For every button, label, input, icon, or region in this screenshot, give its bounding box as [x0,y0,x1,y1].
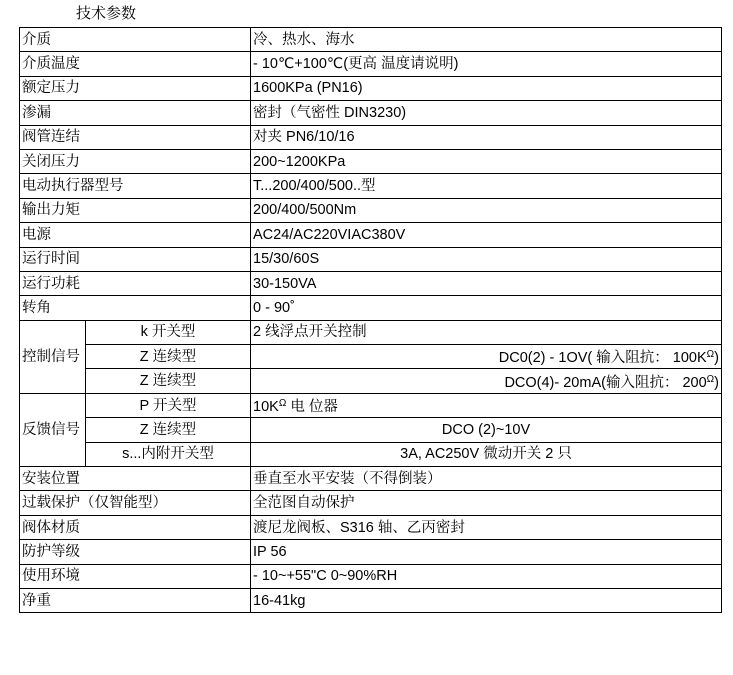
param-value: 1600KPa (PN16) [251,76,722,100]
control-signal-label: 控制信号 [20,320,86,393]
table-row: 安装位置 垂直至水平安装（不得倒装） [20,467,722,491]
spec-table: 介质 冷、热水、海水 介质温度 - 10℃+100℃(更高 温度请说明) 额定压… [19,27,722,613]
table-row: 转角 0 - 90˚ [20,296,722,320]
signal-value: DCO(4)- 20mA(输入阻抗： 200Ω) [251,369,722,393]
table-row: 控制信号 k 开关型 2 线浮点开关控制 [20,320,722,344]
param-label: 防护等级 [20,540,251,564]
param-label: 阀体材质 [20,515,251,539]
signal-value: 2 线浮点开关控制 [251,320,722,344]
signal-value-tail: ) [714,375,719,391]
param-value: 垂直至水平安装（不得倒装） [251,467,722,491]
param-label: 安装位置 [20,467,251,491]
table-row: 净重 16-41kg [20,588,722,612]
param-value: 16-41kg [251,588,722,612]
table-row: 阀管连结 对夹 PN6/10/16 [20,125,722,149]
signal-type: s...内附开关型 [86,442,251,466]
param-value: 全范图自动保护 [251,491,722,515]
param-value: - 10℃+100℃(更高 温度请说明) [251,52,722,76]
param-value: - 10~+55"C 0~90%RH [251,564,722,588]
table-row: s...内附开关型 3A, AC250V 微动开关 2 只 [20,442,722,466]
param-value: 30-150VA [251,271,722,295]
param-value: 密封（气密性 DIN3230) [251,101,722,125]
param-value: 对夹 PN6/10/16 [251,125,722,149]
param-value: 渡尼龙阀板、S316 轴、乙丙密封 [251,515,722,539]
table-row: 运行功耗 30-150VA [20,271,722,295]
feedback-signal-label: 反馈信号 [20,393,86,466]
table-row: Z 连续型 DCO(4)- 20mA(输入阻抗： 200Ω) [20,369,722,393]
param-label: 渗漏 [20,101,251,125]
param-label: 关闭压力 [20,149,251,173]
table-row: Z 连续型 DC0(2) - 1OV( 输入阻抗： 100KΩ) [20,345,722,369]
section-title: 技术参数 [76,4,136,24]
signal-value: DC0(2) - 1OV( 输入阻抗： 100KΩ) [251,345,722,369]
param-label: 使用环境 [20,564,251,588]
param-label: 额定压力 [20,76,251,100]
param-label: 过载保护（仅智能型） [20,491,251,515]
signal-type: Z 连续型 [86,369,251,393]
param-value: IP 56 [251,540,722,564]
table-row: 阀体材质 渡尼龙阀板、S316 轴、乙丙密封 [20,515,722,539]
param-value: 15/30/60S [251,247,722,271]
table-row: 额定压力 1600KPa (PN16) [20,76,722,100]
param-label: 运行时间 [20,247,251,271]
param-value: 200/400/500Nm [251,198,722,222]
signal-value-text: DCO(4)- 20mA(输入阻抗： 200 [504,375,706,391]
param-value: AC24/AC220VIAC380V [251,223,722,247]
table-row: 电动执行器型号 T...200/400/500..型 [20,174,722,198]
table-row: 使用环境 - 10~+55"C 0~90%RH [20,564,722,588]
param-label: 净重 [20,588,251,612]
table-row: 介质 冷、热水、海水 [20,28,722,52]
table-row: Z 连续型 DCO (2)~10V [20,418,722,442]
table-row: 运行时间 15/30/60S [20,247,722,271]
table-row: 关闭压力 200~1200KPa [20,149,722,173]
param-label: 阀管连结 [20,125,251,149]
table-row: 介质温度 - 10℃+100℃(更高 温度请说明) [20,52,722,76]
param-label: 输出力矩 [20,198,251,222]
signal-value-text: 10K [253,399,279,415]
param-label: 运行功耗 [20,271,251,295]
table-row: 输出力矩 200/400/500Nm [20,198,722,222]
table-row: 防护等级 IP 56 [20,540,722,564]
param-value: 冷、热水、海水 [251,28,722,52]
param-value: T...200/400/500..型 [251,174,722,198]
signal-value: 10KΩ 电 位器 [251,393,722,417]
signal-value: 3A, AC250V 微动开关 2 只 [251,442,722,466]
param-label: 介质温度 [20,52,251,76]
table-row: 渗漏 密封（气密性 DIN3230) [20,101,722,125]
signal-value-tail: 电 位器 [286,399,338,415]
signal-type: P 开关型 [86,393,251,417]
param-label: 介质 [20,28,251,52]
param-value: 0 - 90˚ [251,296,722,320]
signal-value-text: DC0(2) - 1OV( 输入阻抗： 100K [499,350,707,366]
signal-type: Z 连续型 [86,418,251,442]
signal-value: DCO (2)~10V [251,418,722,442]
signal-type: k 开关型 [86,320,251,344]
param-value: 200~1200KPa [251,149,722,173]
table-row: 电源 AC24/AC220VIAC380V [20,223,722,247]
param-label: 转角 [20,296,251,320]
param-label: 电动执行器型号 [20,174,251,198]
param-label: 电源 [20,223,251,247]
table-row: 反馈信号 P 开关型 10KΩ 电 位器 [20,393,722,417]
signal-value-tail: ) [714,350,719,366]
signal-type: Z 连续型 [86,345,251,369]
table-row: 过载保护（仅智能型） 全范图自动保护 [20,491,722,515]
